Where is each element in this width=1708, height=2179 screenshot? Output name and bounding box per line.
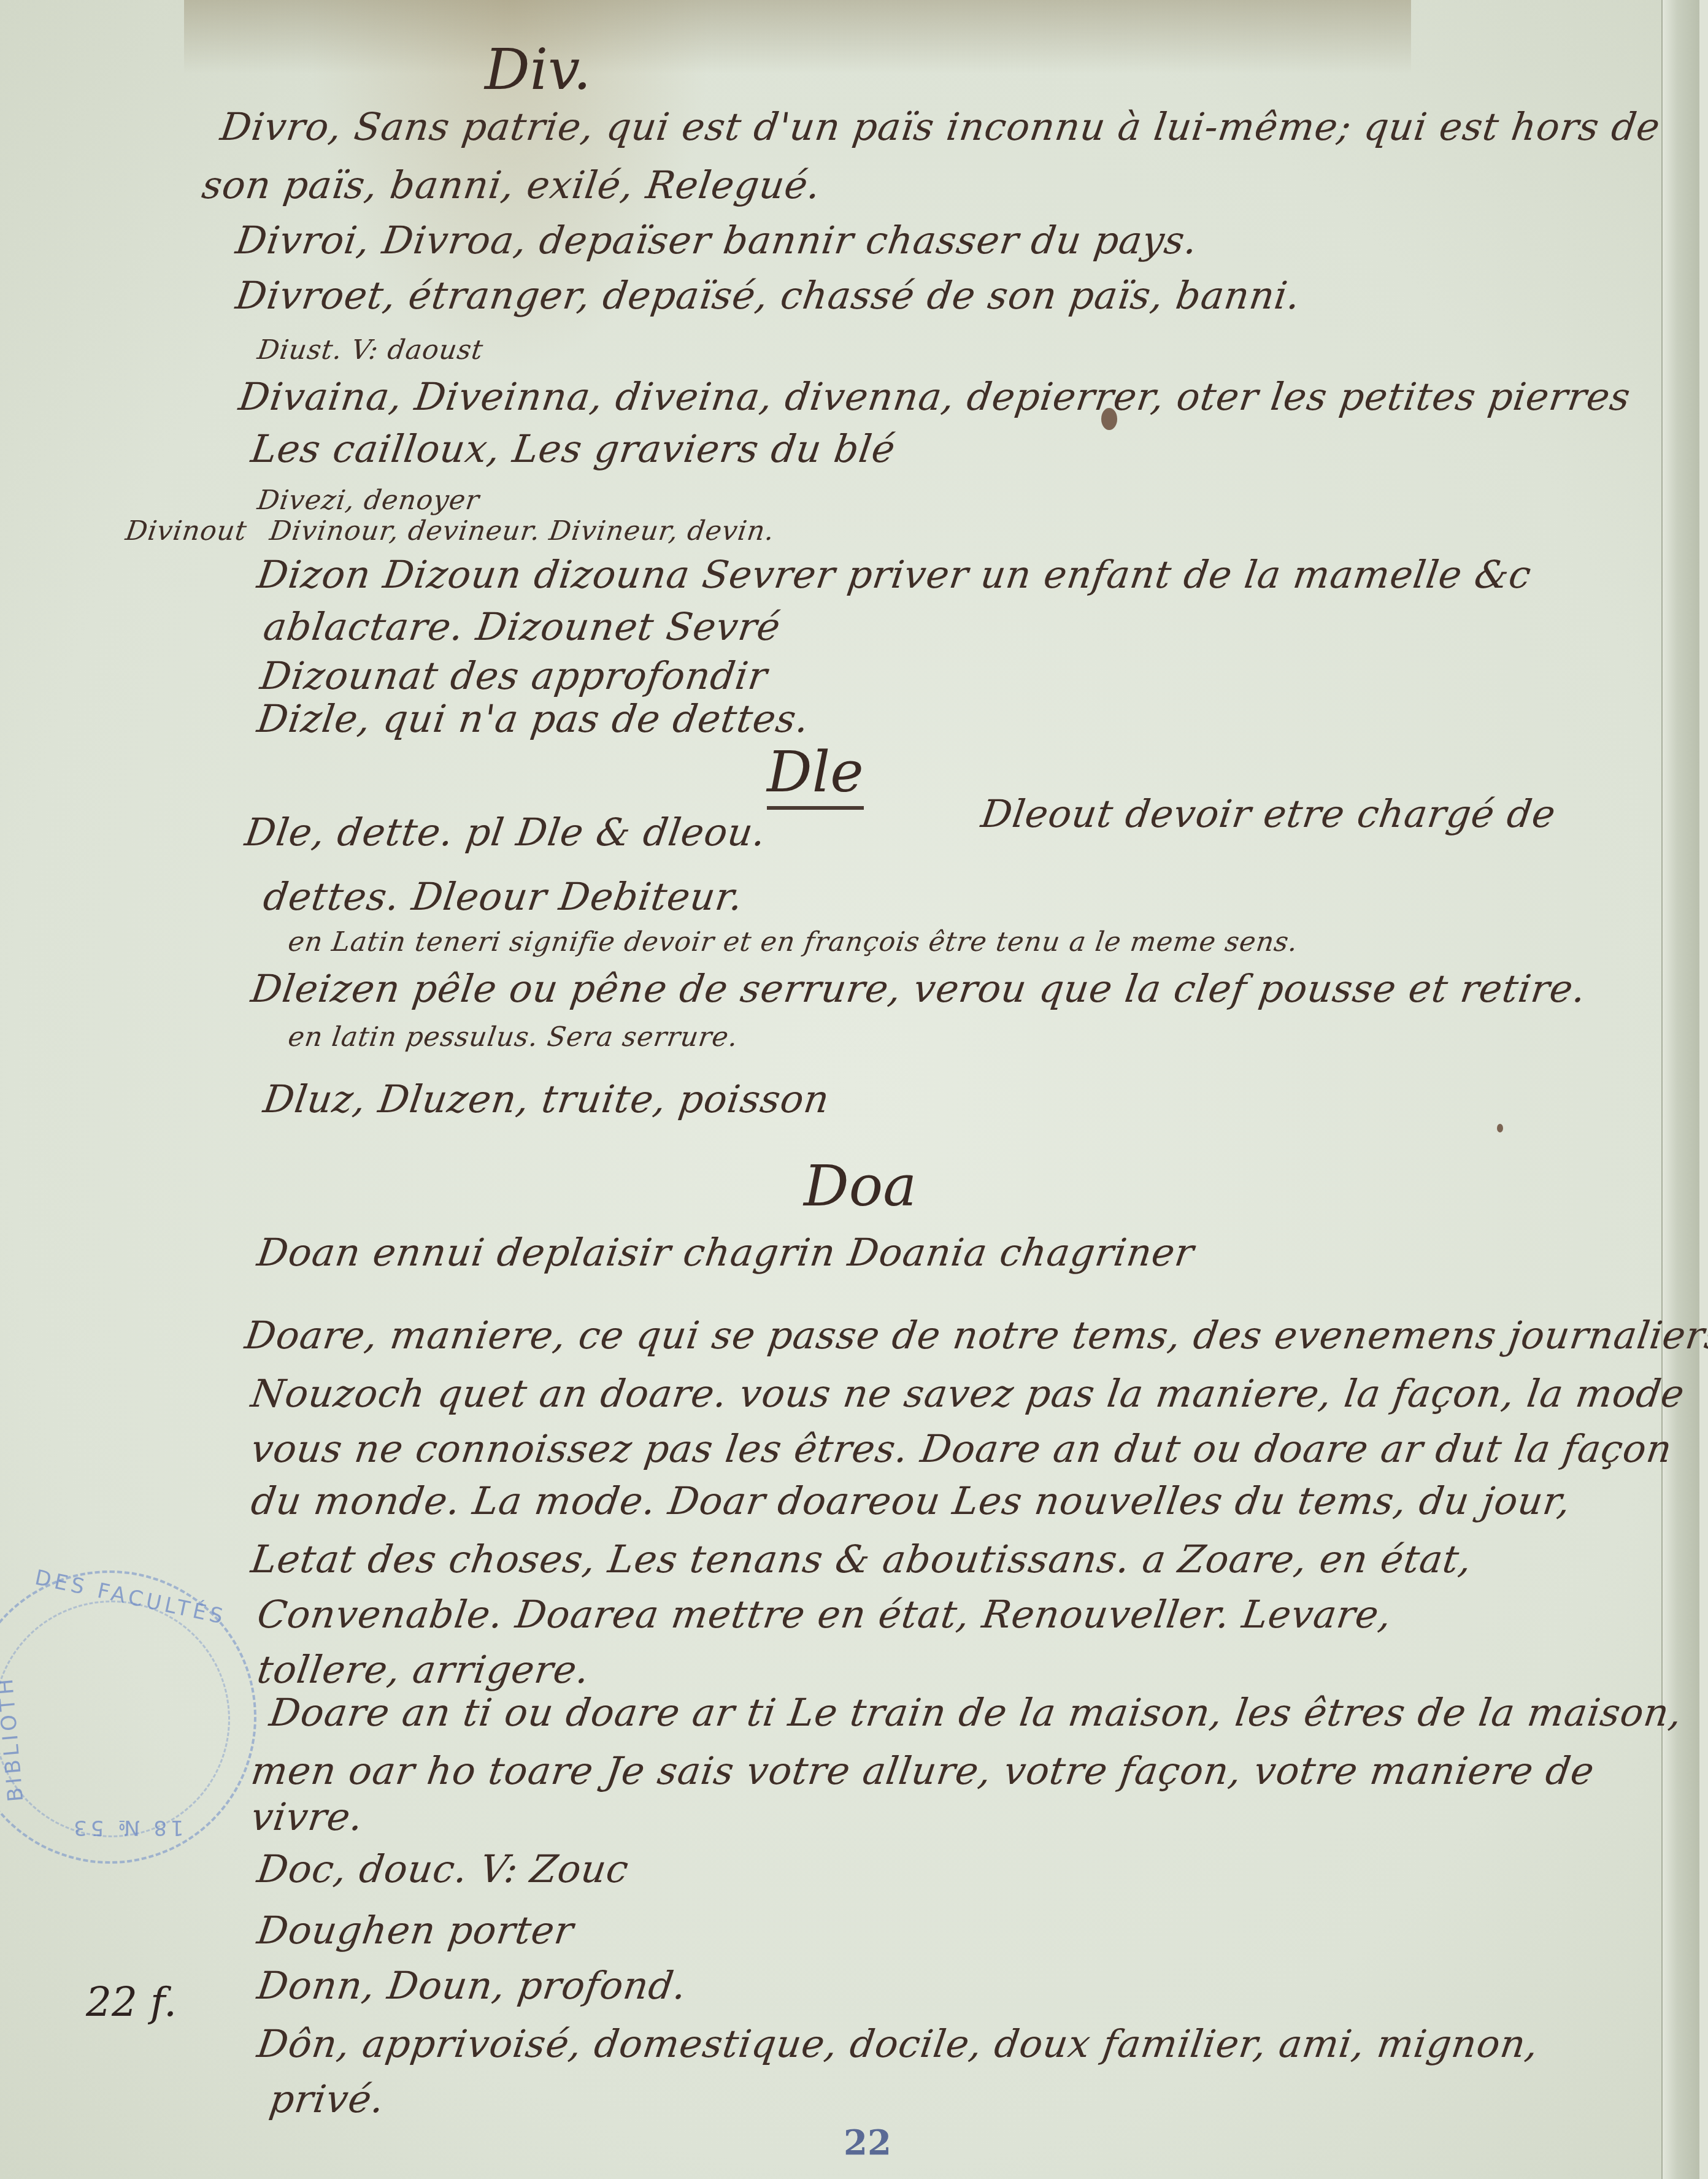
entry-line: Divezi, denoyer [255,485,482,516]
ink-dot [1497,1124,1503,1132]
entry-line: Dluz, Dluzen, truite, poisson [261,1077,833,1121]
entry-line: tollere, arrigere. [255,1647,593,1692]
entry-line: privé. [267,2077,388,2121]
entry-line: Convenable. Doarea mettre en état, Renou… [255,1592,1395,1637]
entry-line: Divinour, devineur. Divineur, devin. [267,515,776,547]
entry-line: Doan ennui deplaisir chagrin Doania chag… [255,1230,1197,1275]
entry-line: Doughen porter [255,1908,577,1953]
entry-line: men oar ho toare Je sais votre allure, v… [248,1748,1598,1793]
entry-line: son païs, banni, exilé, Relegué. [199,163,824,207]
folio-mark: 22 f. [86,1978,177,2026]
entry-line: Doare an ti ou doare ar ti Le train de l… [267,1690,1685,1735]
entry-line: Dleizen pêle ou pêne de serrure, verou q… [248,966,1589,1011]
library-stamp: DES FACULTÉS BIBLIOTH 18 № 53 [0,1570,256,1864]
entry-line: Letat des choses, Les tenans & aboutissa… [248,1537,1475,1581]
entry-line: du monde. La mode. Doar doareou Les nouv… [248,1478,1574,1523]
entry-line: Dleout devoir etre chargé de [979,791,1559,836]
entry-line: vous ne connoissez pas les êtres. Doare … [248,1426,1675,1471]
entry-line: Divroi, Divroa, depaïser bannir chasser … [233,218,1201,263]
entry-line: Donn, Doun, profond. [255,1963,690,2008]
entry-line: Dizon Dizoun dizouna Sevrer priver un en… [255,552,1534,597]
entry-line: Dôn, apprivoisé, domestique, docile, dou… [255,2021,1542,2066]
stamp-text-bottom: 18 № 53 [70,1815,184,1840]
page-edge [1661,0,1699,2179]
entry-line: Divroet, étranger, depaïsé, chassé de so… [233,273,1304,318]
section-heading-div: Div. [485,37,591,102]
section-heading-dle: Dle [767,739,864,810]
entry-line: Divaina, Diveinna, diveina, divenna, dep… [236,374,1633,419]
entry-line: Nouzoch quet an doare. vous ne savez pas… [248,1371,1688,1416]
entry-line: Les cailloux, Les graviers du blé [248,426,898,471]
section-heading-doa: Doa [804,1153,917,1219]
entry-line: en Latin teneri signifie devoir et en fr… [286,926,1300,958]
entry-line: Diust. V: daoust [255,334,485,366]
entry-line: dettes. Dleour Debiteur. [261,874,746,919]
ink-blot [1101,408,1117,430]
entry-line: Dle, dette. pl Dle & dleou. [242,810,769,855]
entry-line: ablactare. Dizounet Sevré [261,604,783,649]
paper-stain [184,0,1411,74]
margin-note: Divinout [123,515,248,547]
entry-line: Divro, Sans patrie, qui est d'un païs in… [218,104,1663,149]
library-stamp-inner-ring [0,1601,230,1837]
entry-line: en latin pessulus. Sera serrure. [286,1021,740,1053]
entry-line: vivre. [248,1794,366,1839]
entry-line: Doc, douc. V: Zouc [255,1847,632,1891]
entry-line: Dizle, qui n'a pas de dettes. [255,696,812,741]
entry-line: Dizounat des approfondir [258,653,771,698]
manuscript-page: Div. Divro, Sans patrie, qui est d'un pa… [0,0,1699,2179]
entry-line: Doare, maniere, ce qui se passe de notre… [242,1313,1708,1358]
page-number: 22 [844,2123,891,2163]
